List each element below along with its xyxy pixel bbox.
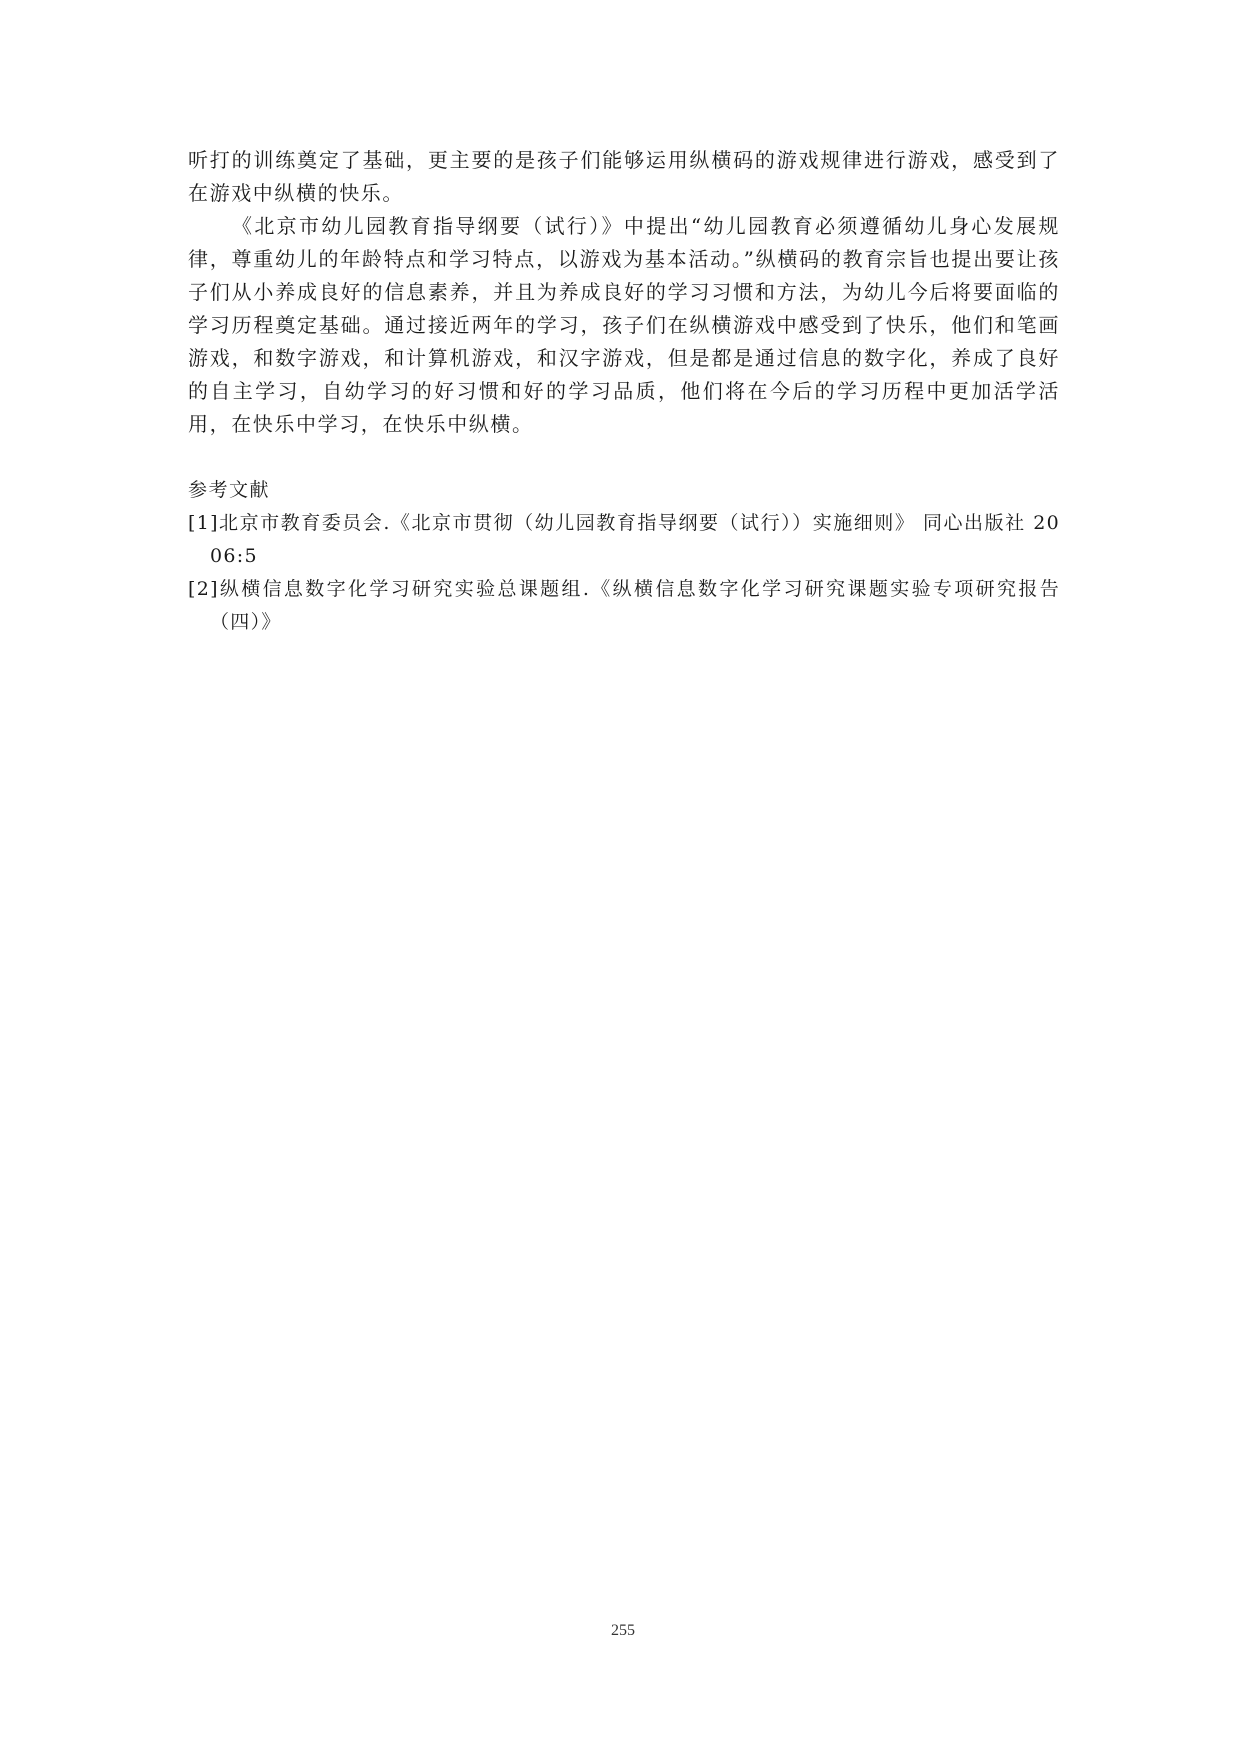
reference-item-2: [2]纵横信息数字化学习研究实验总课题组.《纵横信息数字化学习研究课题实验专项研… — [188, 573, 1060, 639]
references-heading: 参考文献 — [188, 474, 1060, 507]
document-page: 听打的训练奠定了基础，更主要的是孩子们能够运用纵横码的游戏规律进行游戏，感受到了… — [188, 144, 1060, 639]
page-number: 255 — [0, 1622, 1246, 1640]
references-section: 参考文献 [1]北京市教育委员会.《北京市贯彻（幼儿园教育指导纲要（试行））实施… — [188, 474, 1060, 639]
body-paragraph-1: 听打的训练奠定了基础，更主要的是孩子们能够运用纵横码的游戏规律进行游戏，感受到了… — [188, 144, 1060, 210]
body-paragraph-2: 《北京市幼儿园教育指导纲要（试行）》中提出“幼儿园教育必须遵循幼儿身心发展规律，… — [188, 210, 1060, 441]
reference-item-1: [1]北京市教育委员会.《北京市贯彻（幼儿园教育指导纲要（试行））实施细则》 同… — [188, 507, 1060, 573]
